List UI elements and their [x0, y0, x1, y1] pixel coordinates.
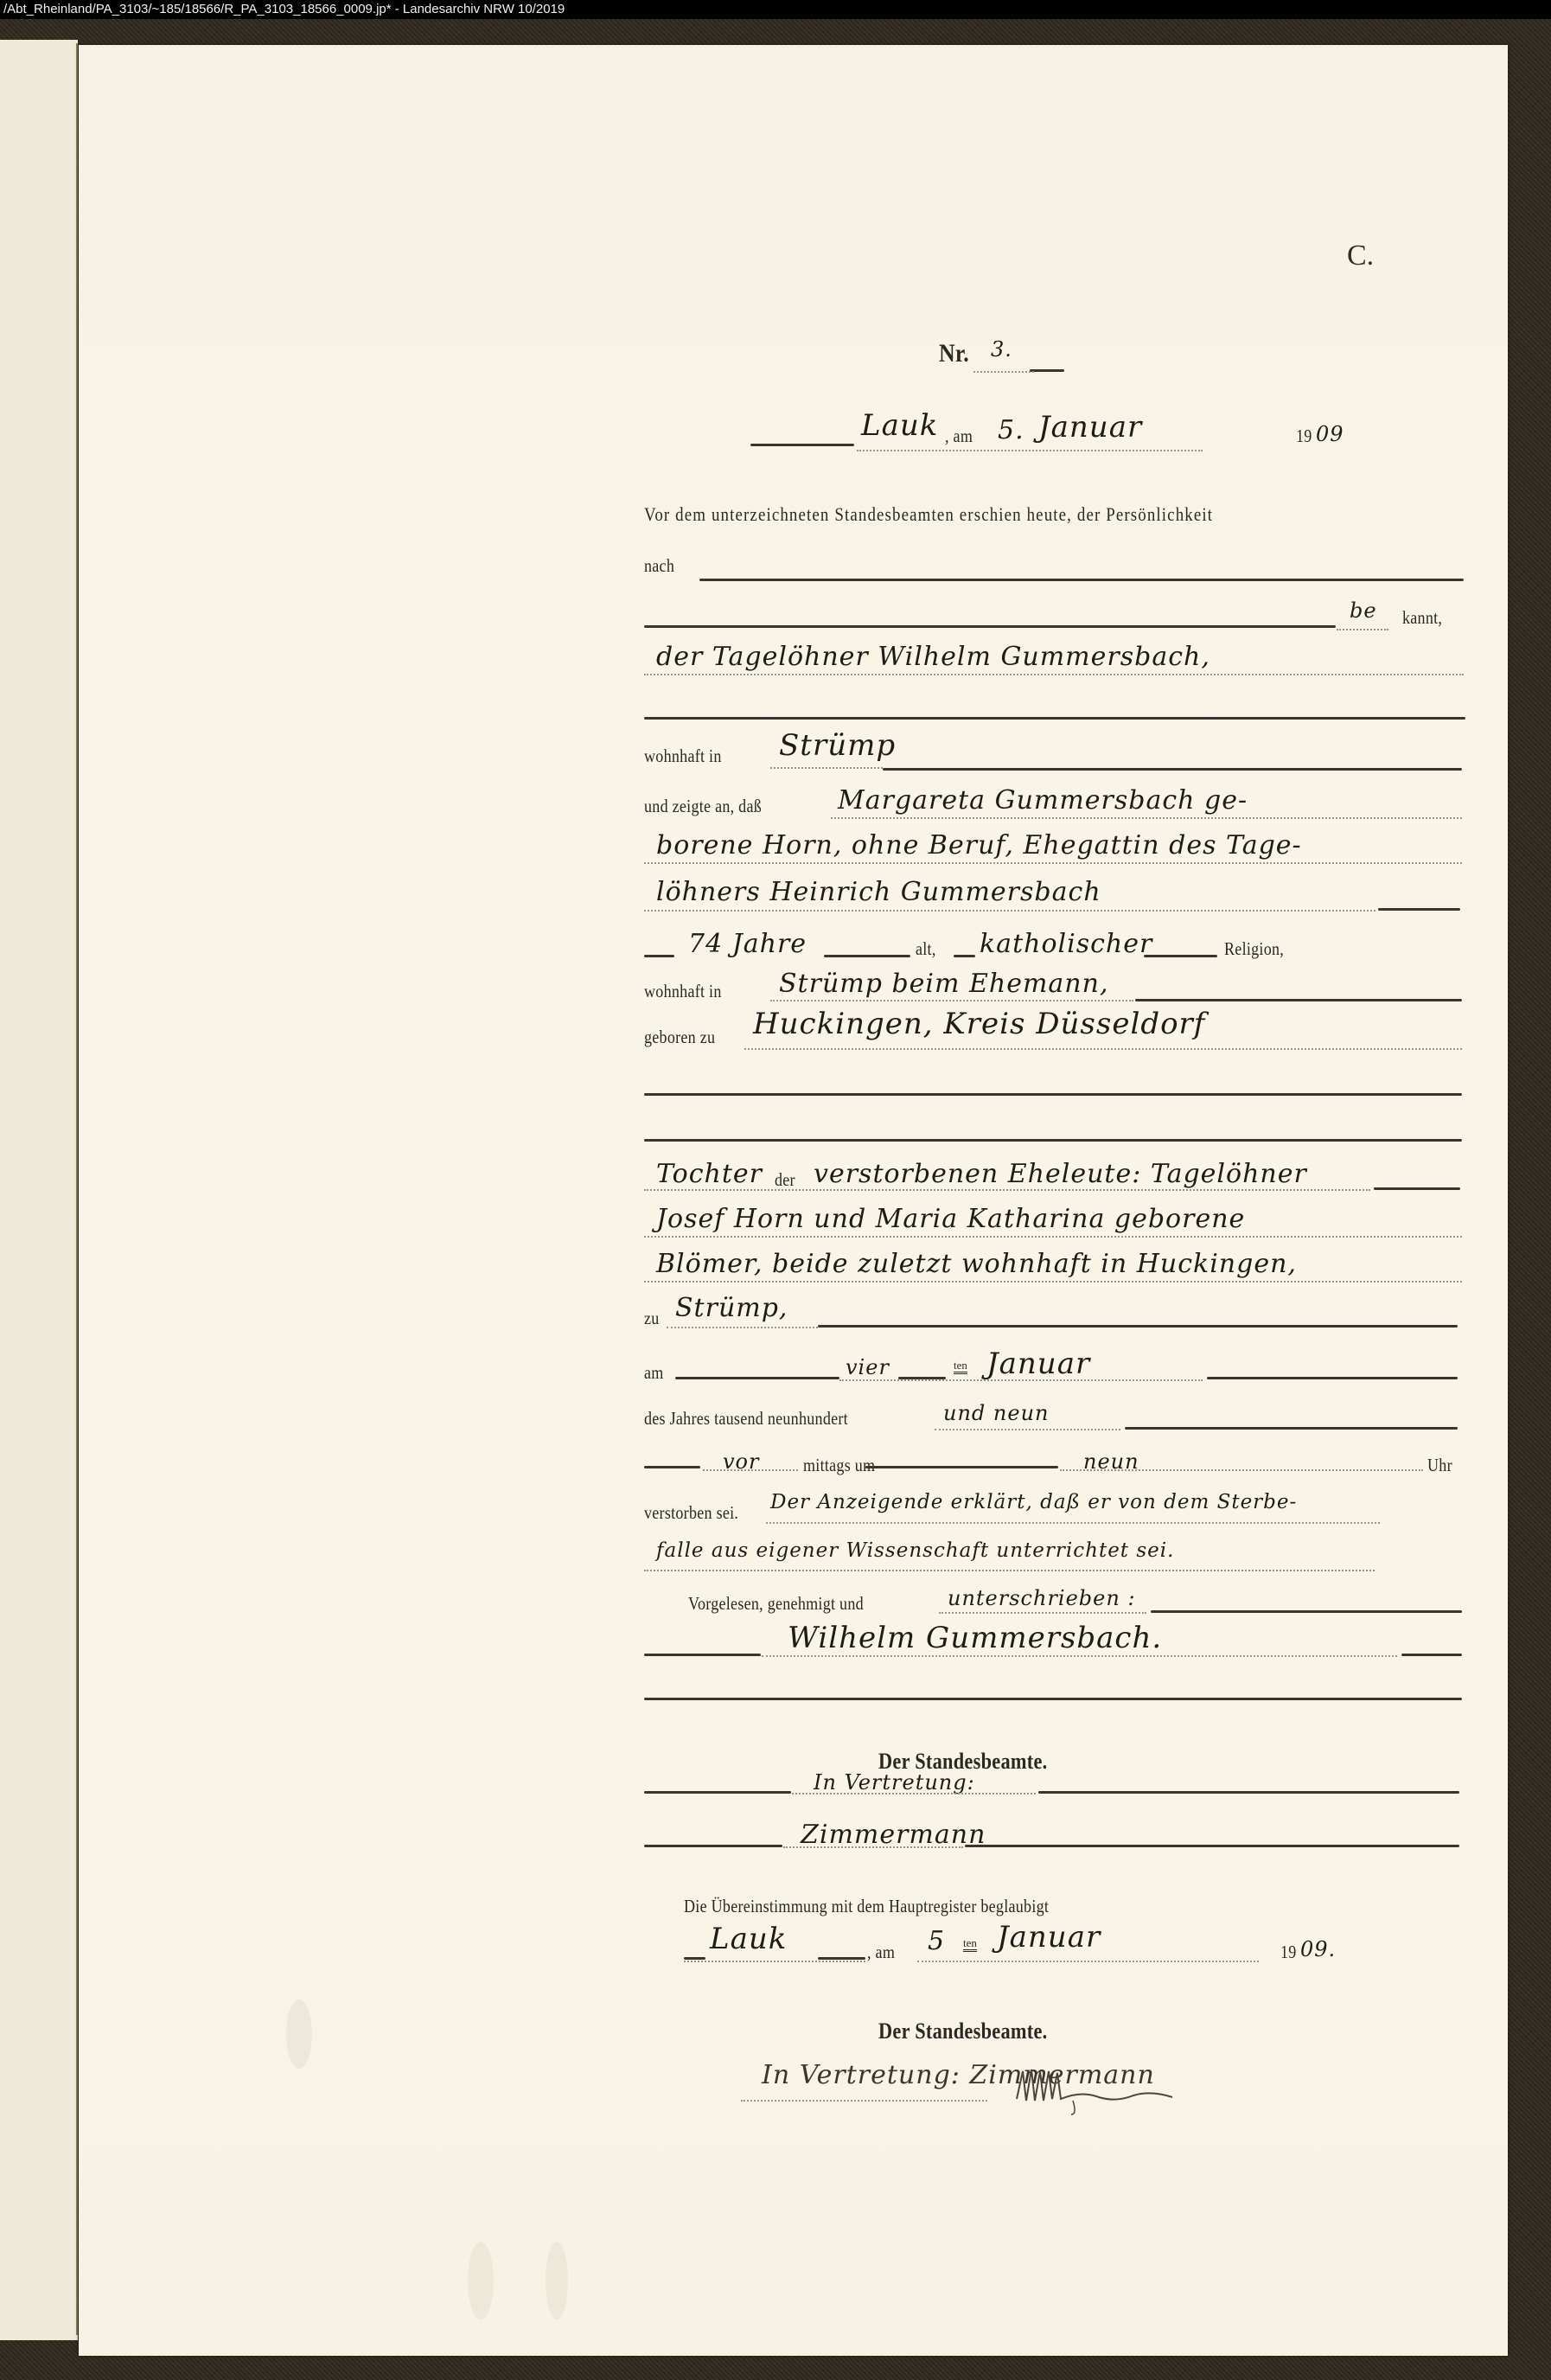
dotted-rule [792, 1793, 1036, 1795]
intro-text: Vor dem unterzeichneten Standesbeamten e… [644, 503, 1213, 526]
parents-line-3: Blömer, beide zuletzt wohnhaft in Huckin… [656, 1249, 1297, 1279]
dotted-rule [644, 910, 1375, 912]
rule [644, 1654, 761, 1656]
death-year-value: und neun [943, 1401, 1049, 1425]
informant-name: der Tagelöhner Wilhelm Gummersbach, [656, 642, 1210, 672]
parents-line-2: Josef Horn und Maria Katharina geborene [656, 1204, 1245, 1234]
death-day-value: vier [846, 1355, 890, 1379]
deceased-line-2: borene Horn, ohne Beruf, Ehegattin des T… [656, 830, 1302, 861]
rule [1135, 999, 1462, 1001]
mittags-label: mittags um [803, 1455, 875, 1476]
rule [644, 1791, 791, 1794]
age-value: 74 Jahre [688, 929, 807, 959]
window-title: /Abt_Rheinland/PA_3103/~185/18566/R_PA_3… [3, 2, 565, 16]
dotted-rule [939, 1612, 1146, 1614]
residence2-value: Strümp beim Ehemann, [779, 969, 1108, 999]
paper-stain [468, 2242, 494, 2319]
parents-line-1-print: der [775, 1169, 795, 1191]
cert-place: Lauk [710, 1922, 787, 1956]
death-place-label: zu [644, 1308, 660, 1329]
certification-text: Die Übereinstimmung mit dem Hauptregiste… [684, 1896, 1049, 1917]
facing-page-edge [0, 40, 78, 2340]
form-letter-mark: C. [1347, 240, 1374, 272]
signed-value: unterschrieben : [948, 1586, 1136, 1610]
rule [644, 717, 1465, 720]
rule [865, 1466, 1058, 1468]
year-suffix: 09 [1316, 422, 1344, 446]
rule [1207, 1377, 1458, 1379]
registrar-proxy-note: In Vertretung: [814, 1770, 975, 1795]
day-suffix: ten [954, 1360, 967, 1374]
rule [644, 1093, 1462, 1096]
remark-line-1: Der Anzeigende erklärt, daß er von dem S… [770, 1491, 1297, 1513]
rule [675, 1377, 839, 1379]
dotted-rule [644, 1281, 1462, 1283]
rule [644, 1845, 782, 1847]
dotted-rule [644, 862, 1462, 864]
religion-value: katholischer [980, 929, 1152, 959]
death-place-value: Strümp, [675, 1293, 788, 1323]
announce-label: und zeigte an, daß [644, 796, 762, 817]
registrar-signature: Zimmermann [801, 1820, 986, 1850]
rule [699, 579, 1464, 581]
rule [644, 1466, 700, 1468]
dotted-rule [762, 1655, 1397, 1657]
dotted-rule [644, 1189, 1370, 1191]
date-month: Januar [1038, 410, 1142, 445]
cert-registrar-heading: Der Standesbeamte. [878, 2019, 1048, 2044]
rule [644, 625, 1336, 628]
dotted-rule [703, 1469, 798, 1471]
rule [965, 1845, 1459, 1847]
informant-signature: Wilhelm Gummersbach. [788, 1621, 1162, 1655]
book-gutter [76, 43, 78, 2335]
date-day: 5. [998, 415, 1024, 445]
dotted-rule [766, 1522, 1380, 1524]
deceased-line-1: Margareta Gummersbach ge- [838, 785, 1248, 816]
rule [1125, 1427, 1458, 1430]
cert-year-prefix: 19 [1280, 1942, 1297, 1963]
born-label: geboren zu [644, 1027, 715, 1048]
rule [750, 444, 854, 446]
cert-month: Januar [997, 1920, 1101, 1955]
signature-scribble [1012, 2064, 1185, 2116]
place-name: Lauk [861, 408, 938, 443]
dotted-rule [783, 1846, 963, 1848]
rule [1144, 955, 1217, 957]
rule [1151, 1610, 1462, 1613]
religion-label: Religion, [1224, 938, 1284, 960]
year-prefix: 19 [1296, 425, 1312, 447]
remark-line-2: falle aus eigener Wissenschaft unterrich… [656, 1539, 1174, 1562]
cert-day: 5 [928, 1926, 945, 1956]
window-title-bar: /Abt_Rheinland/PA_3103/~185/18566/R_PA_3… [0, 0, 1551, 19]
parents-line-1a: Tochter [656, 1159, 763, 1189]
known-label: kannt, [1402, 607, 1442, 629]
rule [954, 955, 975, 957]
age-label: alt, [916, 938, 936, 960]
rule [1038, 1791, 1459, 1794]
dotted-rule [831, 817, 1462, 819]
rule [824, 955, 910, 957]
known-prefix: be [1350, 598, 1377, 623]
rule [1401, 1654, 1462, 1656]
rule [1030, 369, 1064, 372]
dotted-rule [917, 1961, 1259, 1962]
parents-line-1b: verstorbenen Eheleute: Tagelöhner [814, 1159, 1307, 1189]
death-am-label: am [644, 1362, 664, 1384]
uhr-label: Uhr [1427, 1455, 1452, 1476]
paper-stain [546, 2242, 568, 2319]
dotted-rule [770, 767, 883, 769]
deceased-line-3: löhners Heinrich Gummersbach [656, 877, 1101, 907]
rule [818, 1957, 865, 1960]
nach-label: nach [644, 555, 674, 577]
residence-label: wohnhaft in [644, 745, 722, 767]
register-page: C. Nr. 3. Lauk , am 5. Januar 19 09 Vor … [79, 45, 1508, 2356]
rule [684, 1957, 705, 1960]
dotted-rule [741, 2100, 987, 2102]
dotted-rule [1337, 629, 1388, 630]
rule [1374, 1187, 1460, 1190]
dotted-rule [744, 1048, 1462, 1050]
dotted-rule [839, 1379, 1203, 1381]
dotted-rule [684, 1961, 865, 1962]
rule [883, 768, 1462, 771]
dotted-rule [667, 1327, 818, 1328]
rule [644, 955, 674, 957]
dotted-rule [935, 1429, 1120, 1430]
residence2-label: wohnhaft in [644, 981, 722, 1002]
dotted-rule [857, 450, 1203, 451]
died-label: verstorben sei. [644, 1502, 738, 1524]
dotted-rule [644, 1570, 1375, 1571]
dotted-rule [1060, 1469, 1423, 1471]
rule [644, 1698, 1462, 1700]
cert-year-suffix: 09. [1300, 1937, 1336, 1961]
record-number: 3. [991, 337, 1012, 361]
rule [1378, 908, 1460, 911]
residence-value: Strümp [779, 728, 896, 763]
year-label: des Jahres tausend neunhundert [644, 1408, 848, 1430]
am-label: , am [945, 425, 973, 447]
read-approved-label: Vorgelesen, genehmigt und [688, 1593, 864, 1615]
dotted-rule [644, 674, 1464, 675]
birthplace-value: Huckingen, Kreis Düsseldorf [753, 1007, 1205, 1041]
death-month-value: Januar [986, 1347, 1090, 1381]
rule [644, 1139, 1462, 1142]
dotted-rule [644, 1236, 1462, 1238]
cert-am-label: , am [867, 1942, 895, 1963]
dotted-rule [770, 1000, 1133, 1001]
cert-day-suffix: ten [963, 1937, 977, 1952]
paper-stain [286, 1999, 312, 2069]
dotted-rule [973, 371, 1034, 373]
number-label: Nr. [939, 339, 969, 368]
rule [818, 1325, 1458, 1328]
